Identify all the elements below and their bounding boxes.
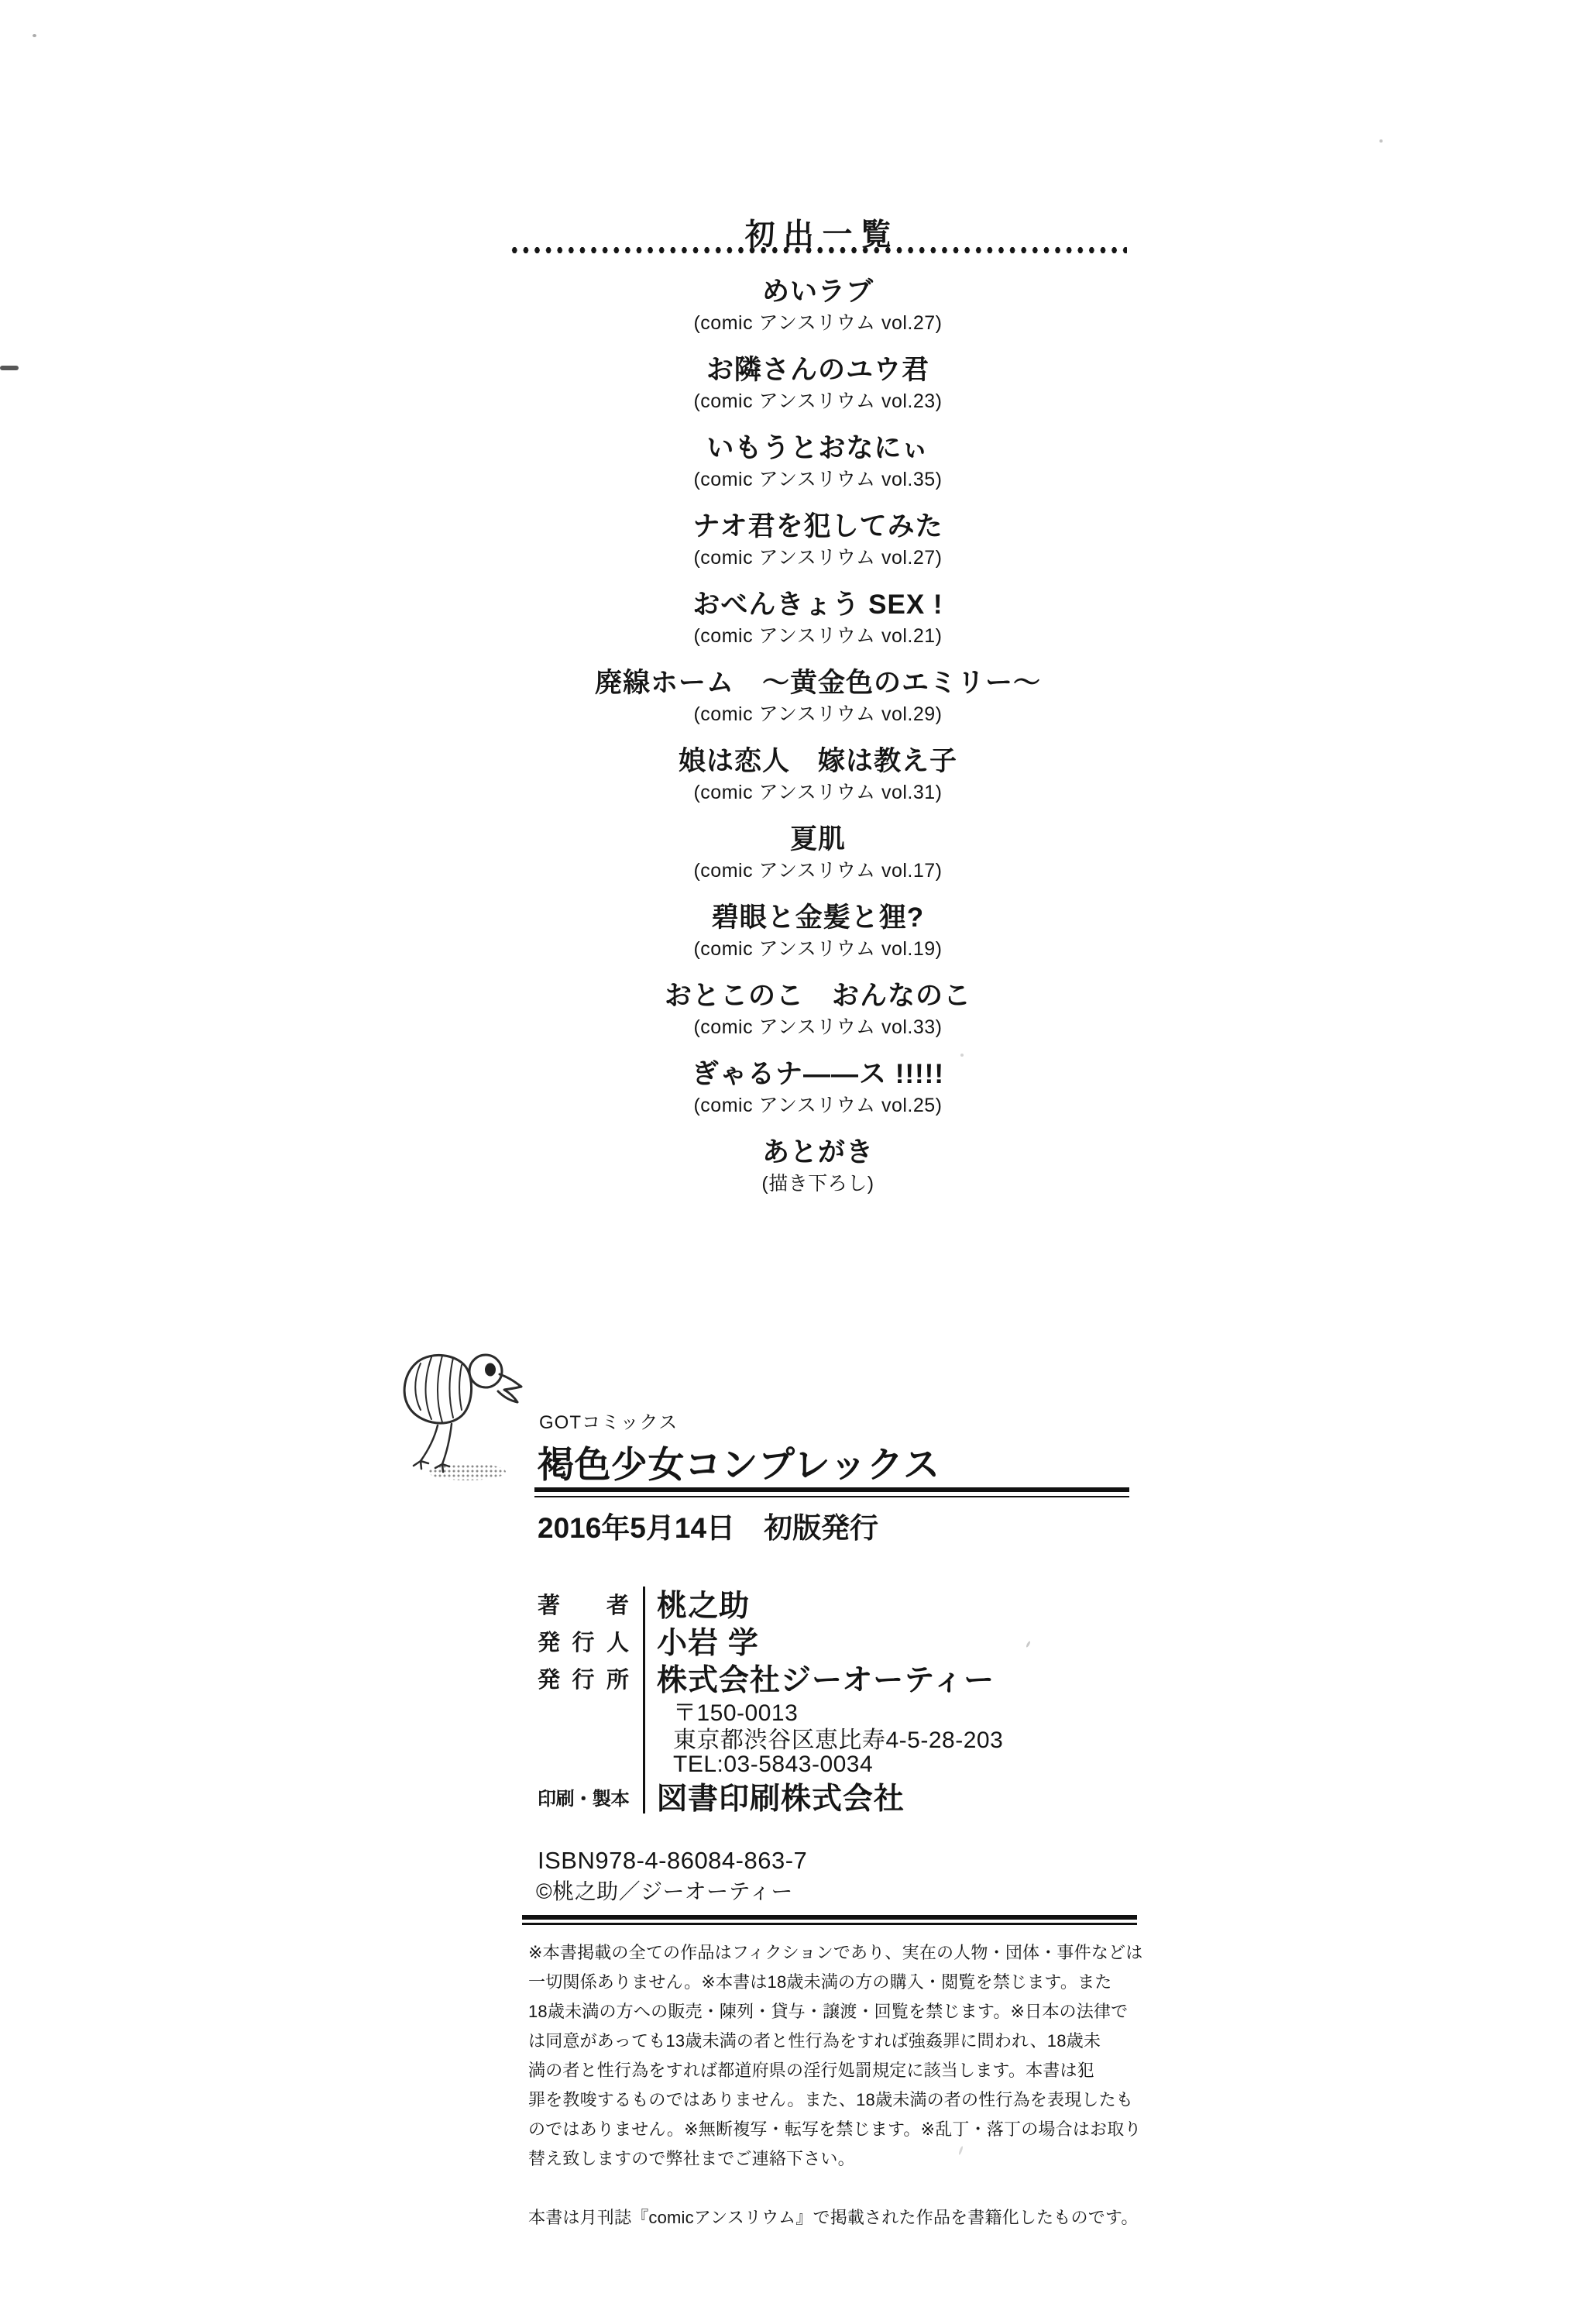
scan-artifact [33, 34, 36, 37]
publication-list-item: 娘は恋人 嫁は教え子 (comic アンスリウム vol.31) [431, 744, 1205, 806]
publication-list-item: お隣さんのユウ君 (comic アンスリウム vol.23) [431, 352, 1205, 415]
story-title: ぎゃるナ――ス !!!!! [431, 1057, 1205, 1092]
colophon-row: 発行所 株式会社ジーオーティー [538, 1659, 1136, 1697]
publication-list-item: おとこのこ おんなのこ (comic アンスリウム vol.33) [431, 978, 1205, 1041]
colophon-row: TEL:03-5843-0034 [538, 1751, 1136, 1778]
colophon-row-label: 印刷・製本 [538, 1783, 629, 1810]
publication-list-item: いもうとおなにぃ (comic アンスリウム vol.35) [431, 431, 1205, 493]
story-source: (comic アンスリウム vol.23) [431, 387, 1205, 415]
story-title: いもうとおなにぃ [431, 431, 1205, 466]
story-source: (comic アンスリウム vol.29) [431, 700, 1205, 728]
copyright-line: ©桃之助／ジーオーティー [536, 1875, 793, 1906]
sketchy-bird-doodle-icon [391, 1348, 534, 1487]
story-title: 娘は恋人 嫁は教え子 [431, 744, 1205, 779]
story-source: (comic アンスリウム vol.21) [431, 622, 1205, 650]
colophon-row-value: TEL:03-5843-0034 [629, 1752, 873, 1778]
story-title: あとがき [431, 1135, 1205, 1170]
story-source: (描き下ろし) [431, 1170, 1205, 1198]
colophon-row: 東京都渋谷区恵比寿4-5-28-203 [538, 1724, 1136, 1751]
colophon-row-value: 東京都渋谷区恵比寿4-5-28-203 [629, 1721, 1003, 1755]
colophon-row-value: 図書印刷株式会社 [629, 1775, 905, 1818]
scan-artifact [0, 366, 19, 370]
serialization-note: 本書は月刊誌『comicアンスリウム』で掲載された作品を書籍化したものです。 [528, 2205, 1139, 2229]
isbn-number: ISBN978-4-86084-863-7 [538, 1847, 807, 1875]
story-source: (comic アンスリウム vol.33) [431, 1013, 1205, 1041]
colophon-row: 印刷・製本 図書印刷株式会社 [538, 1778, 1136, 1815]
story-title: 廃線ホーム ～黄金色のエミリー～ [431, 665, 1205, 700]
story-source: (comic アンスリウム vol.35) [431, 466, 1205, 493]
publication-list-item: 碧眼と金髪と狸? (comic アンスリウム vol.19) [431, 900, 1205, 963]
publication-info-table: 著者 桃之助 発行人 小岩 学 発行所 株式会社ジーオーティー 〒150-001… [538, 1585, 1136, 1815]
legal-disclaimer-text: ※本書掲載の全ての作品はフィクションであり、実在の人物・団体・事件などは 一切関… [528, 1938, 1148, 2174]
story-source: (comic アンスリウム vol.19) [431, 935, 1205, 963]
story-source: (comic アンスリウム vol.27) [431, 309, 1205, 337]
story-title: お隣さんのユウ君 [431, 352, 1205, 387]
dotted-divider [509, 246, 1127, 254]
colophon-row: 発行人 小岩 学 [538, 1622, 1136, 1659]
story-title: おべんきょう SEX ! [431, 587, 1205, 622]
story-source: (comic アンスリウム vol.27) [431, 544, 1205, 572]
story-title: おとこのこ おんなのこ [431, 978, 1205, 1013]
publication-list-item: おべんきょう SEX ! (comic アンスリウム vol.21) [431, 587, 1205, 650]
colophon-row: 著者 桃之助 [538, 1585, 1136, 1622]
scan-artifact [960, 1054, 964, 1057]
publication-list-item: 廃線ホーム ～黄金色のエミリー～ (comic アンスリウム vol.29) [431, 665, 1205, 728]
edition-date: 2016年5月14日 初版発行 [538, 1504, 878, 1546]
publication-list-item: 夏肌 (comic アンスリウム vol.17) [431, 822, 1205, 885]
scanned-colophon-page: 初出一覧 めいラブ (comic アンスリウム vol.27) お隣さんのユウ君… [0, 0, 1577, 2324]
story-title: ナオ君を犯してみた [431, 509, 1205, 544]
imprint-label: GOTコミックス [539, 1407, 678, 1434]
publication-list-item: あとがき (描き下ろし) [431, 1135, 1205, 1198]
story-title: 碧眼と金髪と狸? [431, 900, 1205, 935]
publication-list-item: ぎゃるナ――ス !!!!! (comic アンスリウム vol.25) [431, 1057, 1205, 1119]
colophon-row-label: 著者 [538, 1588, 629, 1620]
first-publication-list: めいラブ (comic アンスリウム vol.27) お隣さんのユウ君 (com… [431, 274, 1205, 1213]
book-title: 褐色少女コンプレックス [538, 1436, 940, 1488]
story-source: (comic アンスリウム vol.25) [431, 1092, 1205, 1119]
story-title: めいラブ [431, 274, 1205, 309]
story-source: (comic アンスリウム vol.31) [431, 779, 1205, 806]
colophon-row-label: 発行人 [538, 1625, 629, 1657]
publication-list-item: ナオ君を犯してみた (comic アンスリウム vol.27) [431, 509, 1205, 572]
publication-list-item: めいラブ (comic アンスリウム vol.27) [431, 274, 1205, 337]
title-underline-rule [534, 1487, 1129, 1497]
story-title: 夏肌 [431, 822, 1205, 857]
disclaimer-top-rule [522, 1915, 1137, 1925]
label-value-divider [643, 1587, 645, 1813]
scan-artifact [1379, 139, 1383, 143]
colophon-row-label: 発行所 [538, 1662, 629, 1694]
story-source: (comic アンスリウム vol.17) [431, 857, 1205, 885]
